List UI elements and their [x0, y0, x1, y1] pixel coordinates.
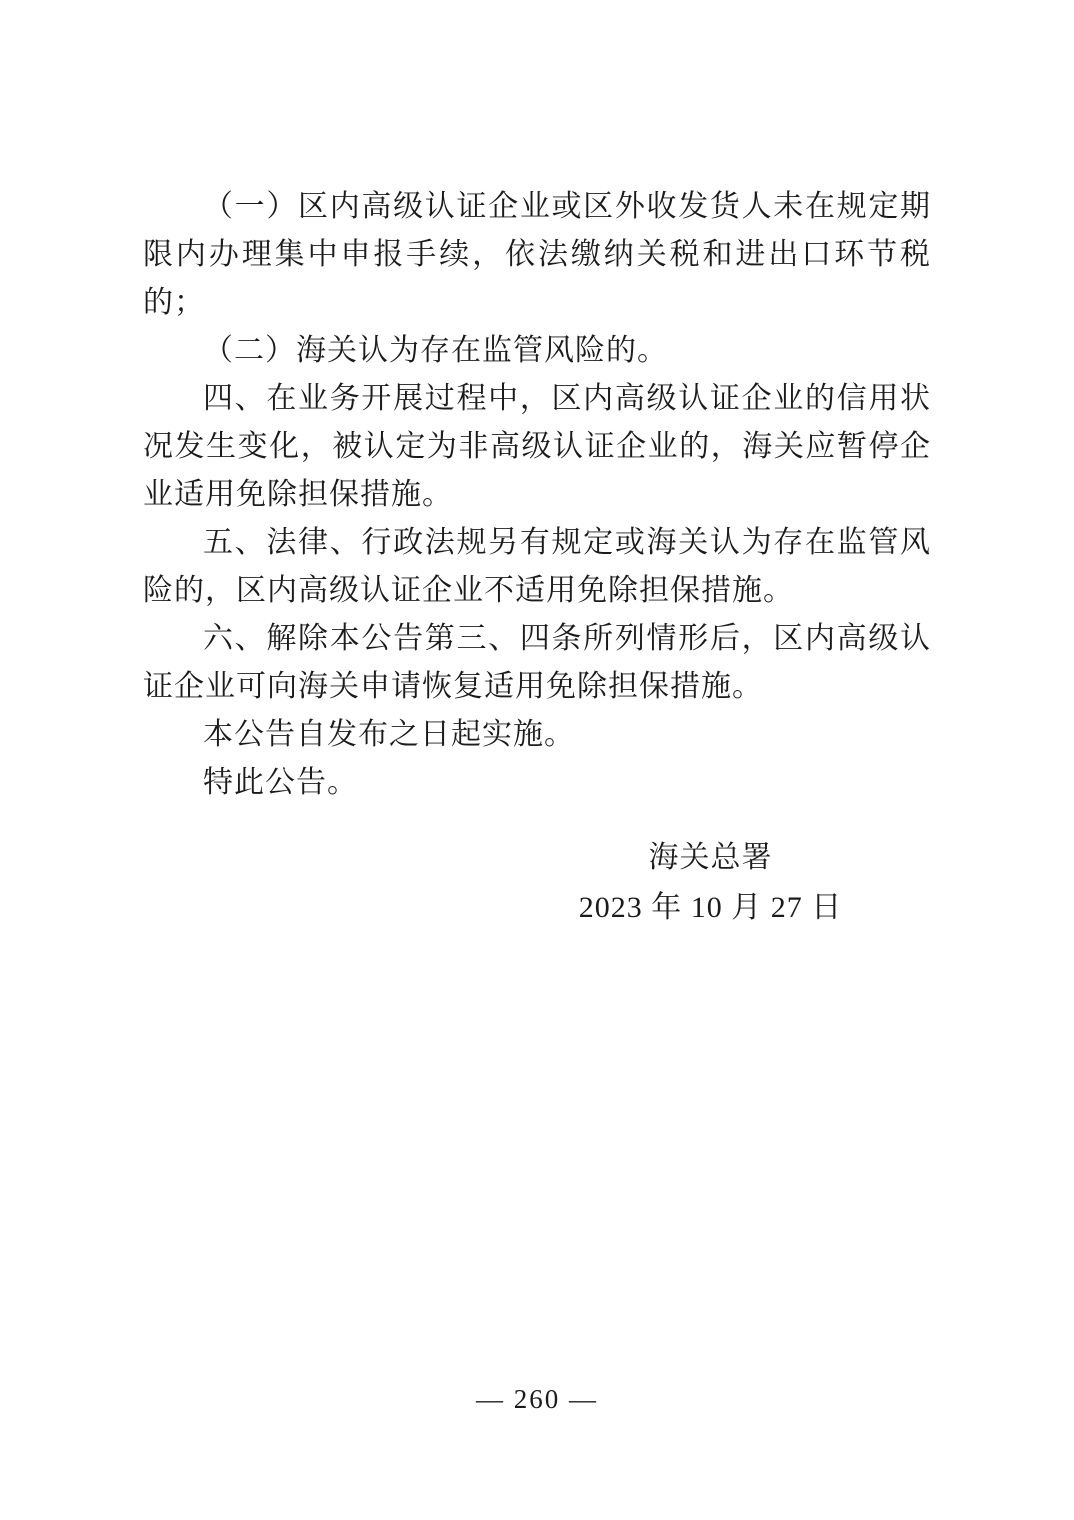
- clause-sub-item-2: （二）海关认为存在监管风险的。: [143, 327, 931, 375]
- closing-statement: 特此公告。: [143, 759, 931, 807]
- announcement-body: （一）区内高级认证企业或区外收发货人未在规定期限内办理集中申报手续，依法缴纳关税…: [143, 183, 931, 807]
- page-number: — 260 —: [476, 1384, 598, 1414]
- clause-sub-item-1: （一）区内高级认证企业或区外收发货人未在规定期限内办理集中申报手续，依法缴纳关税…: [143, 183, 931, 327]
- page-footer: — 260 —: [0, 1384, 1074, 1415]
- effective-date-statement: 本公告自发布之日起实施。: [143, 711, 931, 759]
- clause-item-5: 五、法律、行政法规另有规定或海关认为存在监管风险的，区内高级认证企业不适用免除担…: [143, 519, 931, 615]
- clause-item-6: 六、解除本公告第三、四条所列情形后，区内高级认证企业可向海关申请恢复适用免除担保…: [143, 615, 931, 711]
- clause-item-4: 四、在业务开展过程中，区内高级认证企业的信用状况发生变化，被认定为非高级认证企业…: [143, 375, 931, 519]
- signature-block: 海关总署 2023 年 10 月 27 日: [563, 833, 858, 933]
- document-page: （一）区内高级认证企业或区外收发货人未在规定期限内办理集中申报手续，依法缴纳关税…: [0, 0, 1074, 1520]
- issuer-name: 海关总署: [563, 833, 858, 883]
- issue-date: 2023 年 10 月 27 日: [563, 883, 858, 933]
